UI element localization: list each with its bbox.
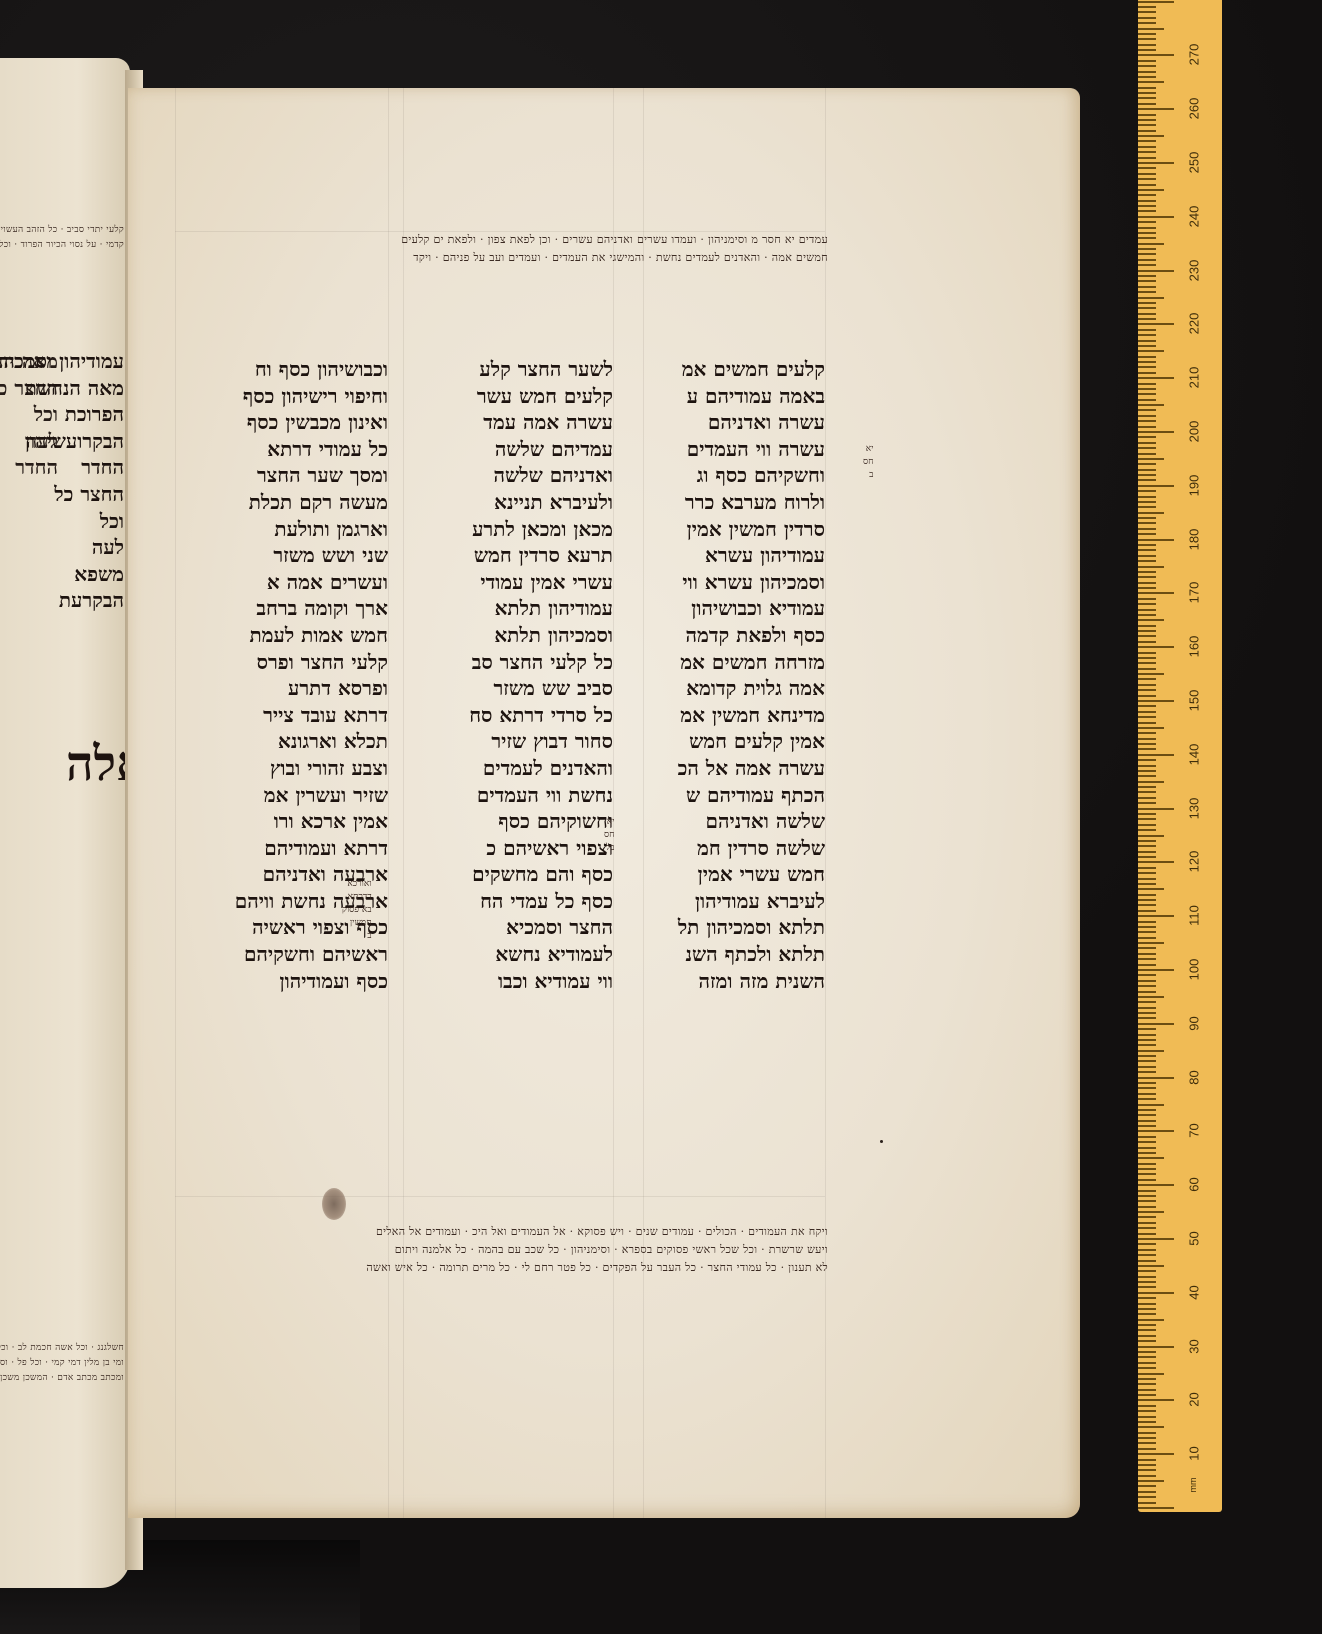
ruler-tick (1138, 275, 1156, 277)
text-line: כסף ולפאת קדמה (645, 622, 825, 649)
ruler-tick (1138, 420, 1156, 422)
ruler-tick (1138, 243, 1164, 245)
ruler-tick (1138, 748, 1156, 750)
ruler-label: 190 (1187, 465, 1202, 505)
ruler-tick (1138, 97, 1156, 99)
ruler-tick (1138, 248, 1156, 250)
masorah-bottom-line: לא תענון · כל עמודי החצר · כל העבר על הפ… (178, 1259, 828, 1277)
ruler-tick (1138, 1389, 1156, 1391)
ruler-label: 110 (1187, 896, 1202, 936)
ruler-label: 120 (1187, 842, 1202, 882)
text-line: וחשוקיהם כסף (403, 808, 613, 835)
text-line: וחשקיהם כסף וג (645, 462, 825, 489)
ruler-tick (1138, 184, 1156, 186)
verso-line: הבקרועשיהון (59, 428, 124, 455)
ruler-tick (1138, 1034, 1156, 1036)
ruler-tick (1138, 474, 1156, 476)
ruler-label: 210 (1187, 358, 1202, 398)
ruler-label: 270 (1187, 35, 1202, 75)
ruler-tick (1138, 582, 1156, 584)
verso-masorah-bottom-line: ומי בן מלין דמי קמי · וכל פל · וסימני (0, 1356, 124, 1371)
text-column-middle: לשער החצר קלע קלעים חמש עשר עשרה אמה עמד… (403, 356, 613, 994)
ruler-tick (1138, 947, 1156, 949)
ruler-tick (1138, 356, 1156, 358)
ruler-tick (1138, 463, 1156, 465)
ruler-tick (1138, 1007, 1156, 1009)
ruler-tick (1138, 216, 1174, 218)
ruler-tick (1138, 1475, 1156, 1477)
ruler-tick (1138, 1001, 1156, 1003)
text-line: החצר וסמכיא (403, 914, 613, 941)
ruler-tick (1138, 1308, 1156, 1310)
ruler-tick (1138, 1012, 1156, 1014)
ruler-tick (1138, 1093, 1156, 1095)
ruler-tick (1138, 1335, 1156, 1337)
ruler-tick (1138, 44, 1156, 46)
ruler-tick (1138, 1442, 1156, 1444)
ruler-tick (1138, 1351, 1156, 1353)
ruler-tick (1138, 383, 1156, 385)
ruler-label: 40 (1187, 1272, 1202, 1312)
ruler-tick (1138, 54, 1174, 56)
text-line: סרדין חמשין אמין (645, 516, 825, 543)
ruler-tick (1138, 662, 1156, 664)
ruler-tick (1138, 108, 1174, 110)
ruler-tick (1138, 657, 1156, 659)
ruler-tick (1138, 71, 1156, 73)
ruler-tick (1138, 598, 1156, 600)
ruler-tick (1138, 1163, 1156, 1165)
text-line: כסף כל עמדי הח (403, 888, 613, 915)
ruler-tick (1138, 835, 1164, 837)
ruler-tick (1138, 372, 1156, 374)
ruler-tick (1138, 506, 1156, 508)
verso-page: קלעי יתדי סביב · כל הזהב העשוי למ קדמי ·… (0, 58, 130, 1588)
ruling-line (613, 88, 614, 1518)
ruler-tick (1138, 1233, 1156, 1235)
ruler-tick (1138, 291, 1156, 293)
ruler-tick (1138, 189, 1164, 191)
text-line: עמודיא וכבושיהון (645, 595, 825, 622)
text-line: מעשה רקם תכלת (176, 489, 388, 516)
ruler-tick (1138, 678, 1156, 680)
masorah-bottom-line: ויקח את העמודים · הכולים · עמודים שנים ·… (178, 1223, 828, 1241)
ruler-tick (1138, 560, 1156, 562)
ruler-tick (1138, 1378, 1156, 1380)
ruler-tick (1138, 1453, 1174, 1455)
ruler-tick (1138, 1130, 1174, 1132)
ruler-tick (1138, 270, 1174, 272)
ruler-tick (1138, 297, 1164, 299)
ruler-tick (1138, 205, 1156, 207)
verso-line: וכל (59, 508, 124, 535)
ruler-tick (1138, 931, 1156, 933)
ruler-tick (1138, 178, 1156, 180)
ruler-tick (1138, 652, 1156, 654)
text-line: דרתא ועמודיהם (176, 835, 388, 862)
verso-line: וכל (0, 401, 58, 428)
text-line: השנית מזה ומזה (645, 968, 825, 995)
text-line: כסף והם מחשקים (403, 861, 613, 888)
ruler-tick (1138, 802, 1156, 804)
ruler-tick (1138, 732, 1156, 734)
ruler-tick (1138, 619, 1164, 621)
ruler-tick (1138, 791, 1156, 793)
ruler-tick (1138, 1340, 1156, 1342)
ruler-tick (1138, 1, 1174, 3)
verso-line: מאה הנחשת (0, 348, 58, 375)
ruler-tick (1138, 1416, 1156, 1418)
ruler-tick (1138, 1141, 1156, 1143)
text-column-right: קלעים חמשים אמ באמה עמודיהם ע עשרה ואדני… (645, 356, 825, 994)
ruler-tick (1138, 87, 1156, 89)
ruler-tick (1138, 1066, 1156, 1068)
ruler-tick (1138, 253, 1156, 255)
ruler-tick (1138, 1136, 1156, 1138)
ink-stain (322, 1188, 346, 1220)
ruler-tick (1138, 302, 1156, 304)
masorah-parva-text: יא חס ב (863, 443, 873, 482)
text-line: עמדיהם שלשה (403, 436, 613, 463)
ruler-tick (1138, 743, 1156, 745)
text-line: ומסך שער החצר (176, 462, 388, 489)
text-line: וצפוי ראשיהם כ (403, 835, 613, 862)
text-line: אמין קלעים חמש (645, 728, 825, 755)
verso-line: הבקרעת (59, 587, 124, 614)
ruler-tick (1138, 856, 1156, 858)
text-line: עשרי אמין עמודי (403, 569, 613, 596)
ruler-tick (1138, 1017, 1156, 1019)
text-line: חמש עשרי אמין (645, 861, 825, 888)
text-line: קלעים חמש עשר (403, 383, 613, 410)
text-line: ולעיברא תניינא (403, 489, 613, 516)
ruler-label: 30 (1187, 1326, 1202, 1366)
text-line: כל עמודי דרתא (176, 436, 388, 463)
ruler-tick (1138, 996, 1164, 998)
text-line: ולרוח מערבא כרר (645, 489, 825, 516)
ruler-tick (1138, 592, 1174, 594)
ruler-tick (1138, 754, 1174, 756)
verso-masorah-top-line: קלעי יתדי סביב · כל הזהב העשוי למ (0, 223, 124, 238)
ruler-tick (1138, 921, 1156, 923)
text-line: וחיפוי רישיהון כסף (176, 383, 388, 410)
ruler-tick (1138, 76, 1156, 78)
text-line: וצבע זהורי ובוץ (176, 755, 388, 782)
ruler-label: 70 (1187, 1111, 1202, 1151)
ruler-tick (1138, 861, 1174, 863)
text-line: תכלא וארגונא (176, 728, 388, 755)
ruler-tick (1138, 695, 1156, 697)
verso-masorah-top-line: קדמי · על נסוי הכיור הפרוד · וכל עמי (0, 238, 124, 253)
verso-line: הפרוכת (59, 401, 124, 428)
ruler-tick (1138, 259, 1156, 261)
text-line: ווי עמודיא וכבו (403, 968, 613, 995)
ruler-tick (1138, 625, 1156, 627)
ruler-tick (1138, 318, 1156, 320)
ruler-tick (1138, 722, 1156, 724)
ruler-tick (1138, 366, 1156, 368)
ruler-tick (1138, 1324, 1156, 1326)
ruler-tick (1138, 1157, 1164, 1159)
ruler-tick (1138, 469, 1156, 471)
ruler-tick (1138, 307, 1156, 309)
ruler-tick (1138, 1448, 1156, 1450)
masorah-parva-text: ואורכא דדרתא בא פסוק חמשין ב (342, 878, 372, 943)
ruler-tick (1138, 872, 1156, 874)
ruler-tick (1138, 1469, 1156, 1471)
ruler-tick (1138, 1260, 1156, 1262)
ruler-tick (1138, 237, 1156, 239)
masorah-parva-note: יא חס בל (604, 816, 614, 855)
verso-line: החדר (0, 454, 58, 481)
verso-masorah-bottom-line: ומכתב מכתב אדם · המשכן משכן (0, 1371, 124, 1386)
ruler-tick (1138, 1421, 1156, 1423)
verso-masorah-top: קלעי יתדי סביב · כל הזהב העשוי למ קדמי ·… (0, 223, 124, 253)
ruler-tick (1138, 1485, 1156, 1487)
ruling-line (388, 88, 389, 1518)
ruler-tick (1138, 759, 1156, 761)
ruler-tick (1138, 684, 1156, 686)
ruler-tick (1138, 705, 1156, 707)
ruler-tick (1138, 232, 1156, 234)
ruler-tick (1138, 630, 1156, 632)
ruler-tick (1138, 124, 1156, 126)
text-line: כסף ועמודיהון (176, 968, 388, 995)
ruler-tick (1138, 22, 1156, 24)
ruler-tick (1138, 1114, 1156, 1116)
ruler-tick (1138, 103, 1156, 105)
ruler-tick (1138, 1356, 1156, 1358)
ruler-label: 20 (1187, 1380, 1202, 1420)
ruler-tick (1138, 1190, 1156, 1192)
ruler-tick (1138, 1077, 1174, 1079)
ruler-unit-label: mm (1188, 1470, 1198, 1500)
ruler-tick (1138, 1023, 1174, 1025)
ruler-tick (1138, 1286, 1156, 1288)
ruler-tick (1138, 436, 1156, 438)
ruler-tick (1138, 28, 1164, 30)
ruler-tick (1138, 409, 1156, 411)
ruler-tick (1138, 555, 1156, 557)
ruler-tick (1138, 313, 1156, 315)
ruler-tick (1138, 797, 1156, 799)
ruler-tick (1138, 1491, 1156, 1493)
ruler-label: 100 (1187, 950, 1202, 990)
ruler-label: 220 (1187, 304, 1202, 344)
text-line: סחור דבוץ שזיר (403, 728, 613, 755)
ruler-tick (1138, 1050, 1164, 1052)
ruler-tick (1138, 942, 1164, 944)
text-line: אמה גלוית קדומא (645, 675, 825, 702)
ruler-tick (1138, 533, 1156, 535)
ruler-tick (1138, 808, 1174, 810)
ruler-tick (1138, 92, 1156, 94)
ruler-tick (1138, 345, 1156, 347)
ruler-tick (1138, 1060, 1156, 1062)
ruler-tick (1138, 641, 1156, 643)
ruler-tick (1138, 775, 1156, 777)
ruler-tick (1138, 1319, 1164, 1321)
ruler-tick (1138, 1168, 1156, 1170)
ruler-tick (1138, 119, 1156, 121)
ruler-tick (1138, 1362, 1156, 1364)
ruler-tick (1138, 770, 1156, 772)
ruler-tick (1138, 227, 1156, 229)
text-line: חמש אמות לעמת (176, 622, 388, 649)
verso-line: עמודיהון וסמכיהון (59, 348, 124, 375)
ruler-tick (1138, 447, 1156, 449)
ruler-label: 80 (1187, 1057, 1202, 1097)
mm-ruler: 1020304050607080901001101201301401501601… (1138, 0, 1222, 1512)
ruler-tick (1138, 1222, 1156, 1224)
ruler-tick (1138, 1120, 1156, 1122)
ruler-tick (1138, 114, 1156, 116)
ruler-tick (1138, 765, 1156, 767)
text-line: והאדנים לעמדים (403, 755, 613, 782)
ruler-tick (1138, 415, 1156, 417)
ruler-tick (1138, 818, 1156, 820)
ruler-label: 150 (1187, 681, 1202, 721)
ruler-tick (1138, 609, 1156, 611)
ruler-tick (1138, 888, 1164, 890)
ruler-tick (1138, 824, 1156, 826)
ruler-tick (1138, 146, 1156, 148)
ruler-tick (1138, 130, 1156, 132)
verso-masorah-bottom: חשלגנג · וכל אשה חכמת לב · וכל הנ ומי בן… (0, 1341, 124, 1386)
ruler-tick (1138, 479, 1156, 481)
ruler-label: 140 (1187, 734, 1202, 774)
ruler-tick (1138, 388, 1156, 390)
ruler-tick (1138, 571, 1156, 573)
ruler-tick (1138, 1238, 1174, 1240)
text-line: עמודיהון עשרא (645, 542, 825, 569)
ruler-tick (1138, 377, 1174, 379)
ruler-tick (1138, 65, 1156, 67)
ruler-tick (1138, 210, 1156, 212)
ruler-tick (1138, 1313, 1156, 1315)
masorah-top-line: חמשים אמה · והאדנים לעמדים נחשת · והמישג… (178, 249, 828, 267)
ruler-tick (1138, 1367, 1156, 1369)
masorah-bottom-line: ויעש שרשרת · וכל שכל ראשי פסוקים בספרא ·… (178, 1241, 828, 1259)
ruler-label: 260 (1187, 89, 1202, 129)
ruler-tick (1138, 329, 1156, 331)
text-line: עשרה ואדניהם (645, 409, 825, 436)
ruler-tick (1138, 738, 1156, 740)
text-line: לעמודיא נחשא (403, 941, 613, 968)
ruler-tick (1138, 17, 1156, 19)
text-line: נחשת ווי העמדים (403, 782, 613, 809)
ruler-label: 240 (1187, 196, 1202, 236)
text-line: וכבושיהון כסף וח (176, 356, 388, 383)
ruler-tick (1138, 878, 1156, 880)
ruler-label: 10 (1187, 1434, 1202, 1474)
ruler-tick (1138, 38, 1156, 40)
ruler-tick (1138, 1507, 1174, 1509)
ruler-label: 180 (1187, 519, 1202, 559)
ruler-tick (1138, 910, 1156, 912)
ruler-tick (1138, 974, 1156, 976)
ruler-tick (1138, 167, 1156, 169)
text-line: ראשיהם וחשקיהם (176, 941, 388, 968)
text-line: מדינחא חמשין אמ (645, 702, 825, 729)
masorah-parva-note: ואורכא דדרתא בא פסוק חמשין ב (342, 878, 372, 943)
text-line: שזיר ועשרין אמ (176, 782, 388, 809)
ruler-tick (1138, 517, 1156, 519)
ruler-tick (1138, 1071, 1156, 1073)
text-line: וסמכיהון תלתא (403, 622, 613, 649)
ruler-tick (1138, 1383, 1156, 1385)
ruler-tick (1138, 1243, 1156, 1245)
ruler-tick (1138, 1432, 1156, 1434)
ruler-tick (1138, 1270, 1156, 1272)
ruler-tick (1138, 458, 1164, 460)
ruler-tick (1138, 33, 1156, 35)
ruler-tick (1138, 1249, 1156, 1251)
ruler-tick (1138, 323, 1174, 325)
ruler-tick (1138, 980, 1156, 982)
masorah-top: עמדים יא חסר מ וסימניהון · ועמדו עשרים ו… (178, 231, 828, 267)
ruler-label: 90 (1187, 1003, 1202, 1043)
ruler-tick (1138, 512, 1164, 514)
ruler-tick (1138, 1044, 1156, 1046)
ruler-tick (1138, 1055, 1156, 1057)
ruler-tick (1138, 1216, 1156, 1218)
ruler-tick (1138, 867, 1156, 869)
ruler-tick (1138, 496, 1156, 498)
ruler-tick (1138, 1087, 1156, 1089)
ruler-tick (1138, 157, 1156, 159)
ruling-line (825, 88, 826, 1518)
ruler-tick (1138, 485, 1174, 487)
ruler-tick (1138, 350, 1164, 352)
text-line: שלשה ואדניהם (645, 808, 825, 835)
ruler-tick (1138, 1082, 1156, 1084)
ruler-tick (1138, 1373, 1164, 1375)
verso-line: לעה (0, 428, 58, 455)
ruler-tick (1138, 200, 1156, 202)
ruler-tick (1138, 614, 1156, 616)
text-line: מכאן ומכאן לתרע (403, 516, 613, 543)
ruler-tick (1138, 1184, 1174, 1186)
text-line: אמין ארכא ורו (176, 808, 388, 835)
ruler-tick (1138, 135, 1164, 137)
text-line: ופרסא דתרע (176, 675, 388, 702)
verso-line: החצר כל (59, 481, 124, 508)
ruler-tick (1138, 845, 1156, 847)
text-line: ואדניהם שלשה (403, 462, 613, 489)
text-line: כל קלעי החצר סב (403, 649, 613, 676)
ruler-tick (1138, 11, 1156, 13)
verso-line: החצר כל (0, 375, 58, 402)
ruler-tick (1138, 431, 1174, 433)
ruler-tick (1138, 1028, 1156, 1030)
ruler-tick (1138, 991, 1156, 993)
text-line: לעיברא עמודיהון (645, 888, 825, 915)
ruler-tick (1138, 1173, 1156, 1175)
text-line: מזרחה חמשים אמ (645, 649, 825, 676)
ruler-tick (1138, 544, 1156, 546)
ruler-tick (1138, 1104, 1164, 1106)
ruler-tick (1138, 1206, 1156, 1208)
ruler-tick (1138, 969, 1174, 971)
ruler-tick (1138, 813, 1156, 815)
ruler-tick (1138, 786, 1156, 788)
text-line: הכתף עמודיהם ש (645, 782, 825, 809)
ruler-tick (1138, 1297, 1156, 1299)
ruler-tick (1138, 1329, 1156, 1331)
ruler-tick (1138, 1147, 1156, 1149)
ruler-tick (1138, 1480, 1164, 1482)
